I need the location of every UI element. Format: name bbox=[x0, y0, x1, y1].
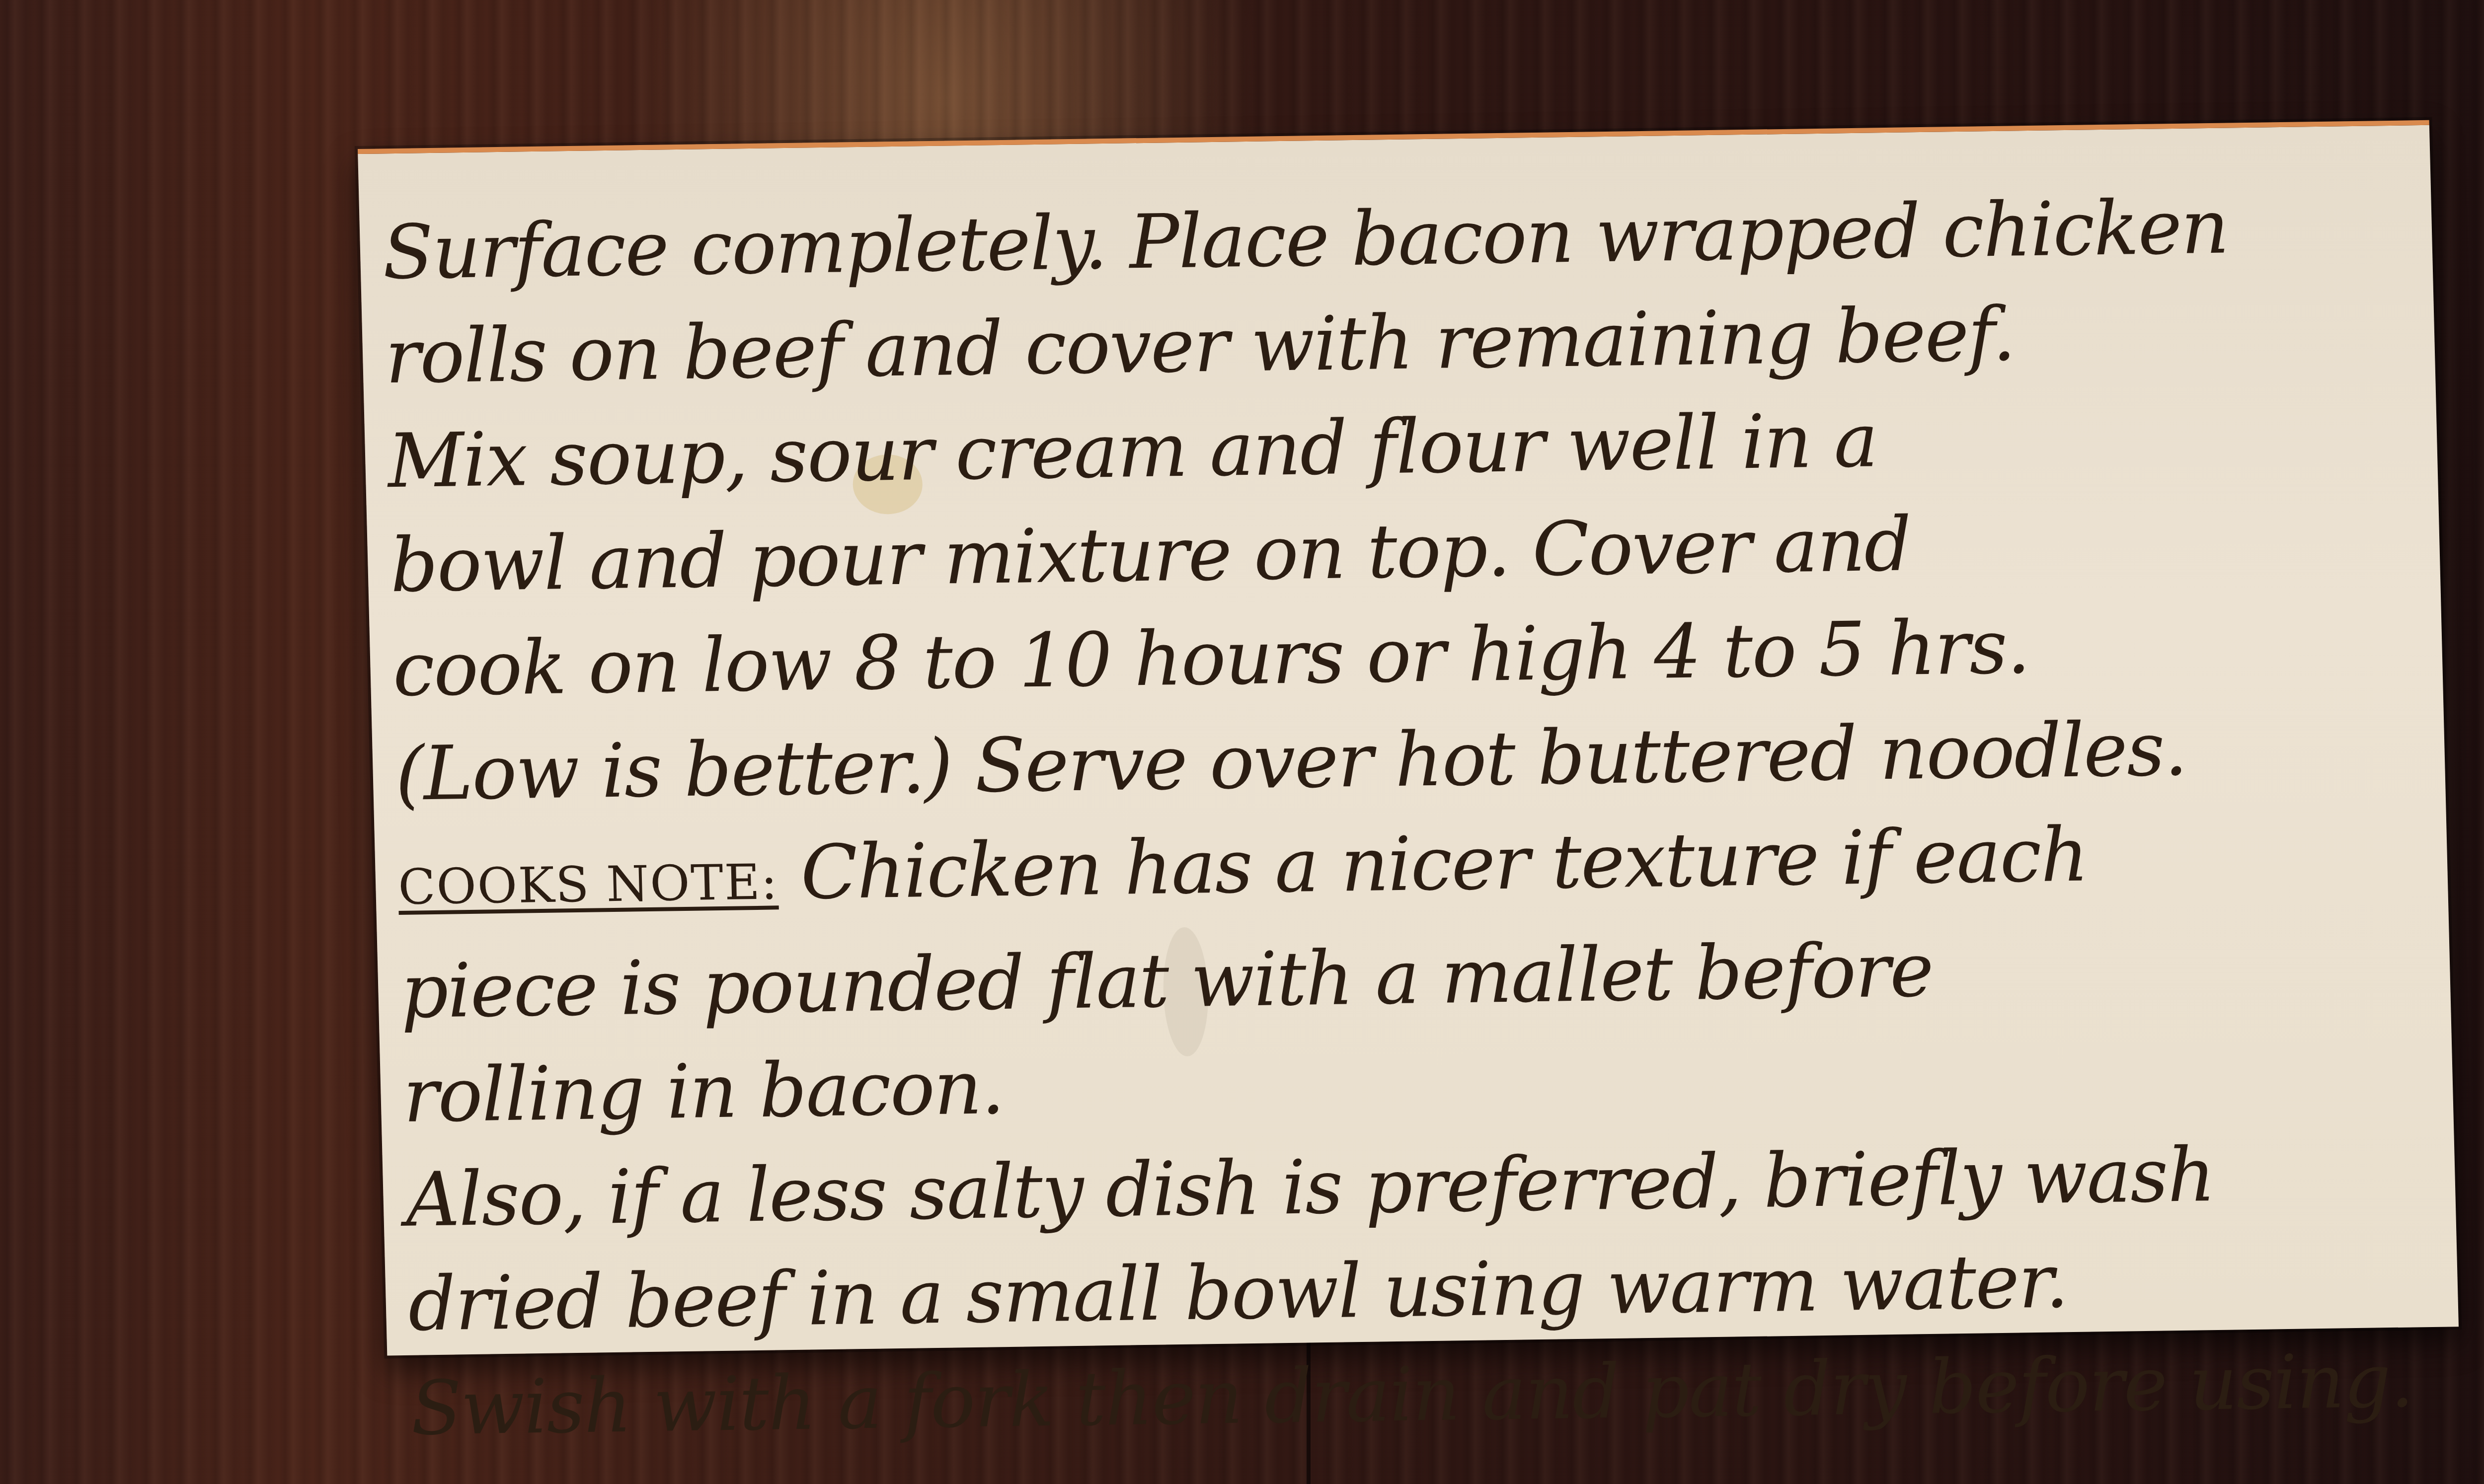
cooks-note-text: Chicken has a nicer texture if each bbox=[777, 812, 2089, 917]
recipe-text: Surface completely. Place bacon wrapped … bbox=[382, 172, 2442, 1461]
recipe-card: Surface completely. Place bacon wrapped … bbox=[358, 120, 2459, 1356]
cooks-note-label: COOKS NOTE: bbox=[397, 854, 779, 916]
